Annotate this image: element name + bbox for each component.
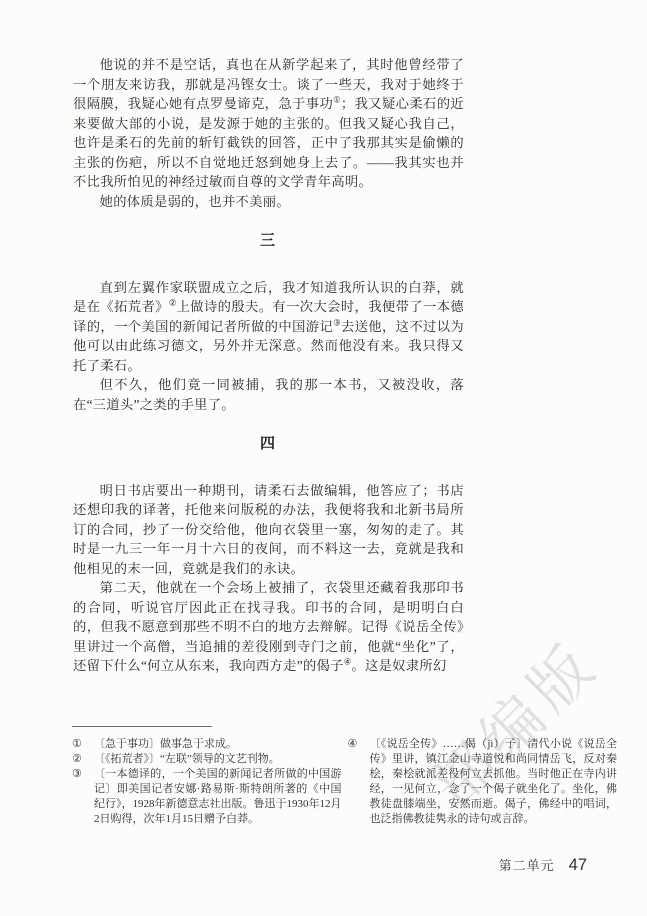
footnote-item: ①〔急于事功〕做事急于求成。 [72, 737, 342, 752]
page-footer: 第二单元 47 [499, 855, 587, 875]
footnote-marker: ② [72, 752, 82, 767]
paragraph: 但不久，他们竟一同被捕，我的那一本书，又被没收，落在“三道头”之类的手里了。 [73, 375, 464, 414]
footnote-separator-rule [72, 726, 212, 727]
footnote-marker: ③ [72, 767, 82, 782]
footer-unit-label: 第二单元 [499, 855, 555, 874]
footnote-ref: ④ [344, 657, 352, 667]
paragraph: 他说的并不是空话，真也在从新学起来了，其时他曾经带了一个朋友来访我，那就是冯铿女… [73, 55, 464, 192]
footnote-text: 〔《说岳全传》……偈（jì）子〕清代小说《说岳全传》里讲，镇江金山寺道悦和尚同情… [370, 738, 618, 825]
footnote-text: 〔一本德译的，一个美国的新闻记者所做的中国游记〕即美国记者安娜·路易斯·斯特朗所… [94, 768, 342, 825]
textbook-page: 部编版 他说的并不是空话，真也在从新学起来了，其时他曾经带了一个朋友来访我，那就… [0, 0, 647, 916]
footnote-ref: ② [169, 298, 177, 308]
paragraph: 她的体质是弱的，也并不美丽。 [73, 192, 464, 212]
footnote-marker: ① [72, 737, 82, 752]
footnote-ref: ③ [333, 317, 341, 327]
section-heading: 四 [73, 435, 464, 455]
footnotes: ①〔急于事功〕做事急于求成。②〔《拓荒者》〕“左联”领导的文艺刊物。③〔一本德译… [72, 737, 617, 827]
paragraph: 直到左翼作家联盟成立之后，我才知道我所认识的白莽，就是在《拓荒者》②上做诗的殷夫… [73, 278, 464, 376]
section-heading: 三 [73, 232, 464, 252]
footnote-text: 〔《拓荒者》〕“左联”领导的文艺刊物。 [94, 753, 280, 765]
footnote-text: 〔急于事功〕做事急于求成。 [94, 738, 237, 750]
footnote-item: ②〔《拓荒者》〕“左联”领导的文艺刊物。 [72, 752, 342, 767]
paragraph: 明日书店要出一种期刊，请柔石去做编辑，他答应了；书店还想印我的译著，托他来问版税… [73, 481, 464, 579]
footnote-marker: ④ [348, 737, 358, 752]
footnote-ref: ① [333, 95, 341, 105]
footnote-item: ③〔一本德译的，一个美国的新闻记者所做的中国游记〕即美国记者安娜·路易斯·斯特朗… [72, 767, 342, 827]
paragraph: 第二天，他就在一个会场上被捕了，衣袋里还藏着我那印书的合同，听说官厅因此正在找寻… [73, 578, 464, 676]
footnote-item: ④〔《说岳全传》……偈（jì）子〕清代小说《说岳全传》里讲，镇江金山寺道悦和尚同… [348, 737, 618, 827]
footnotes-left: ①〔急于事功〕做事急于求成。②〔《拓荒者》〕“左联”领导的文艺刊物。③〔一本德译… [72, 737, 342, 827]
footer-page-number: 47 [569, 856, 587, 875]
footnotes-right: ④〔《说岳全传》……偈（jì）子〕清代小说《说岳全传》里讲，镇江金山寺道悦和尚同… [348, 737, 618, 827]
main-text: 他说的并不是空话，真也在从新学起来了，其时他曾经带了一个朋友来访我，那就是冯铿女… [73, 55, 464, 676]
